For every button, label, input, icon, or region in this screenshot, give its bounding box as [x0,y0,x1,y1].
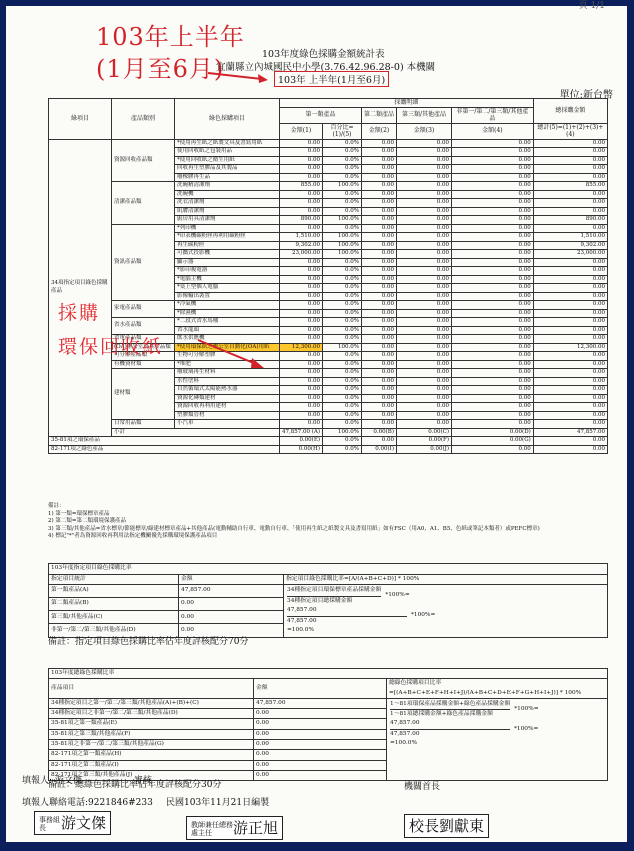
amount1-cell: 0.00 [280,190,323,199]
total-cell: 0.00 [533,394,607,403]
calc-denominator: 47,857.00 [390,730,510,739]
header-g1: 第一類產品 [280,107,362,123]
green-item-cell: 省水龍頭 [175,326,280,335]
amount2-cell: 0.00 [362,216,397,225]
procurement-table: 綠項目 產品類別 綠色採購項目 採購明細 總採購金額 第一類產品 第二類產品 第… [48,98,608,454]
note-item: 3) 第三類/其他產品=省水標章/節能標章/綠建材標章產品+其他產品(電動輔助自… [48,526,540,534]
amount4-cell: 0.00 [452,224,534,233]
stamp-principal: 校長劉獻東 [404,814,489,838]
amount3-cell: 0.00 [397,199,452,208]
stamp-title: 事務組長 [39,816,61,832]
percent-cell: 0.0% [323,352,362,361]
amount3-cell: 0.00 [397,224,452,233]
amount1-cell: 23,000.00 [280,250,323,259]
arrow-icon [196,336,266,370]
table3-row-label: 34種指定項目之第一/第二/第三類/其他產品(A)+(B)+(C) [49,698,254,708]
formula-multiplier: *100%= [385,591,409,601]
amount4-cell: 0.00 [452,216,534,225]
amount1-cell: 0.00 [280,148,323,157]
amount2-cell: 0.00 [362,199,397,208]
amount1-cell: 0.00 [280,360,323,369]
notes: 備註： 1) 第一類=環保標章產品 2) 第二類=第二類環境保護產品 3) 第三… [48,503,540,541]
designated-ratio-section: 103年度指定項目綠色採購比率 指定項目統計 金額 指定項目綠色採購比率=[A/… [48,563,608,647]
green-item-cell: 資源化磚類建材 [175,394,280,403]
amount1-cell: 0.00 [280,369,323,378]
table3-remark: 備註：總綠色採購比率佔年度評核配分30分 [48,781,608,790]
table-row: 建材類廢玻璃再生材料0.000.0%0.000.000.000.00 [49,369,608,378]
amount2-cell: 0.00 [362,165,397,174]
amount1-cell: 12,300.00 [280,343,323,352]
green-item-cell: 廢橡膠再生品 [175,173,280,182]
formula-denominator: 34種指定項目總採購金額 [287,597,381,607]
amount2-cell: 0.00 [362,411,397,420]
amount4-cell: 0.00 [452,139,534,148]
amount4-cell: 0.00 [452,386,534,395]
green-item-cell: *冷氣機 [175,301,280,310]
amount1-cell: 0.00 [280,352,323,361]
amount3-cell: 0.00 [397,233,452,242]
table3-row-label: 82-171項之第二類產品(I) [49,760,254,770]
total-cell: 0.00 [533,224,607,233]
percent-cell: 0.0% [323,326,362,335]
green-item-cell: 再生碳粉匣 [175,241,280,250]
amount2-cell: 0.00 [362,233,397,242]
percent-cell: 0.0% [323,190,362,199]
amount2-cell: 0.00 [362,250,397,259]
category-cell: 日常用品類 [112,420,175,429]
table3-row-value: 0.00 [254,770,387,780]
total-cell: 890.00 [533,216,607,225]
category-cell: 資源回收產品類 [112,139,175,182]
annotation-period-title: 103年上半年 [96,22,245,52]
amount2-cell: 0.00 [362,275,397,284]
table3-row-label: 35-81項之第一類產品(E) [49,719,254,729]
table3-row-value: 0.00 [254,709,387,719]
subtotal-amount4: 0.00(D) [452,428,534,437]
amount3-cell: 0.00 [397,207,452,216]
total-cell: 0.00 [533,258,607,267]
amount4-cell: 0.00 [452,420,534,429]
table3-title: 103年度總綠色採購比率 [49,669,608,679]
amount1-cell: 0.00 [280,199,323,208]
percent-cell: 0.0% [323,156,362,165]
percent-cell: 0.0% [323,258,362,267]
amount1-cell: 0.00 [280,318,323,327]
amount2-cell: 0.00 [362,182,397,191]
percent-cell: 0.0% [323,309,362,318]
calc-numerator: 47,857.00 [287,606,407,617]
amount4-cell: 0.00 [452,182,534,191]
amount1-cell: 0.00 [280,403,323,412]
stamp-director: 教師兼任總務處主任游正旭 [186,816,283,840]
amount3-cell: 0.00 [397,369,452,378]
amount3-cell: 0.00 [397,190,452,199]
category-cell: 有機資材類 [112,360,175,369]
amount2-cell: 0.00 [362,360,397,369]
amount4-cell: 0.00 [452,318,534,327]
amount3-cell: 0.00 [397,182,452,191]
note-item: 2) 第二類=第二類環境保護產品 [48,518,540,526]
annotation-purchase: 採購 [58,298,100,325]
header-total: 總採購金額 [533,99,607,124]
amount1-cell: 0.00(E) [280,437,323,446]
header-g3: 第三類/其他產品 [397,107,452,123]
amount2-cell: 0.00 [362,241,397,250]
total-cell: 0.00 [533,165,607,174]
percent-cell: 0.0% [323,335,362,344]
amount3-cell: 0.00 [397,292,452,301]
header-amt4: 金額(4) [452,123,534,139]
green-item-cell: 使用回收紙之包裝用品 [175,148,280,157]
amount4-cell: 0.00 [452,241,534,250]
amount2-cell: 0.00 [362,258,397,267]
amount2-cell: 0.00 [362,309,397,318]
amount2-cell: 0.00 [362,173,397,182]
amount1-cell: 1,510.00 [280,233,323,242]
subtotal-amount1: 47,857.00 (A) [280,428,323,437]
total-cell: 0.00 [533,403,607,412]
table2-formula-title: 指定項目綠色採購比率=[A/(A+B+C+D)] * 100% [284,574,608,585]
amount3-cell: 0.00 [397,309,452,318]
amount4-cell: 0.00(G) [452,437,534,446]
green-item-cell: 資源回收再利用建材 [175,403,280,412]
total-cell: 0.00 [533,411,607,420]
amount2-cell: 0.00 [362,335,397,344]
annotation-recycled-paper: 環保回收紙 [58,332,163,359]
total-cell: 0.00 [533,148,607,157]
amount4-cell: 0.00 [452,301,534,310]
table-row: 34種指定項目之第一/第二/第三類/其他產品(A)+(B)+(C)47,857.… [49,698,608,708]
total-cell: 855.00 [533,182,607,191]
amount2-cell: 0.00 [362,403,397,412]
amount1-cell: 0.00 [280,258,323,267]
table3-row-value: 0.00 [254,750,387,760]
percent-cell: 0.0% [323,165,362,174]
green-item-cell: *電腦主機 [175,275,280,284]
amount2-cell: 0.00 [362,292,397,301]
total-cell: 0.00 [533,318,607,327]
total-cell: 0.00 [533,437,607,446]
total-cell: 0.00 [533,173,607,182]
table2-row-value: 0.00 [179,611,284,624]
amount4-cell: 0.00 [452,250,534,259]
table2-row-label: 第三類/其他產品(C) [49,611,179,624]
amount3-cell: 0.00 [397,326,452,335]
amount1-cell: 0.00 [280,284,323,293]
percent-cell: 0.0% [323,139,362,148]
stamp-name: 游正旭 [233,819,278,837]
amount4-cell: 0.00 [452,199,534,208]
total-cell: 0.00 [533,445,607,454]
subtotal-amount3: 0.00(C) [397,428,452,437]
amount1-cell: 0.00 [280,156,323,165]
amount3-cell: 0.00 [397,284,452,293]
amount1-cell: 0.00 [280,275,323,284]
amount2-cell: 0.00 [362,284,397,293]
table3-row-label: 34種指定項目之非第一/第二/第三類/其他產品(D) [49,709,254,719]
amount1-cell: 0.00 [280,309,323,318]
document-page: 頁 1/1 103年上半年 (1月至6月) 103年度綠色採購金額統計表 宜蘭縣… [6,6,627,842]
stamp-name: 游文傑 [61,814,106,832]
amount3-cell: 0.00 [397,216,452,225]
amount4-cell: 0.00 [452,284,534,293]
amount2-cell: 0.00 [362,352,397,361]
amount4-cell: 0.00 [452,445,534,454]
table-row: 35-81項之環保產品 0.00(E) 0.0% 0.00 0.00(F) 0.… [49,437,608,446]
total-cell: 0.00 [533,360,607,369]
amount1-cell: 855.00 [280,182,323,191]
calc-multiplier: *100%= [514,725,538,734]
amount2-cell: 0.00 [362,437,397,446]
amount4-cell: 0.00 [452,292,534,301]
header-item: 綠項目 [49,99,112,140]
amount4-cell: 0.00 [452,207,534,216]
percent-cell: 0.0% [323,301,362,310]
formula-numerator: 34種指定項目環保標章產品採購金額 [287,586,381,597]
green-item-cell: *使用再生紙之紙製文具及書寫用紙 [175,139,280,148]
amount3-cell: 0.00 [397,343,452,352]
head-label: 機關首長 [404,779,440,792]
green-item-cell: 廚房用具清潔劑 [175,216,280,225]
amount4-cell: 0.00 [452,335,534,344]
amount3-cell: 0.00 [397,394,452,403]
amount3-cell: 0.00 [397,411,452,420]
table2-col1: 指定項目統計 [49,574,179,585]
amount1-cell: 0.00 [280,420,323,429]
percent-cell: 100.0% [323,233,362,242]
amount2-cell: 0.00 [362,207,397,216]
row-label: 82-171項之綠色產品 [49,445,280,454]
formula-title: 總綠色採購項目比率 [389,679,605,688]
table3-row-value: 47,857.00 [254,698,387,708]
group-label: 34項指定項目綠色採購產品 [49,139,112,437]
amount3-cell: 0.00 [397,165,452,174]
formula-expression: =[(A+B+C+E+F+H+I+J)/(A+B+C+D+E+F+G+H+I+J… [389,689,605,698]
table-row: 家電產品類*冷氣機0.000.0%0.000.000.000.00 [49,301,608,310]
amount1-cell: 0.00 [280,386,323,395]
amount1-cell: 0.00 [280,292,323,301]
green-item-cell: *使用回收紙之衛生用紙 [175,156,280,165]
table2-row-label: 第二類產品(B) [49,598,179,611]
amount3-cell: 0.00 [397,250,452,259]
total-cell: 0.00 [533,386,607,395]
amount2-cell: 0.00 [362,224,397,233]
total-cell: 0.00 [533,139,607,148]
amount3-cell: 0.00 [397,139,452,148]
amount4-cell: 0.00 [452,326,534,335]
green-item-cell: 小汽車 [175,420,280,429]
header-g2: 第二類產品 [362,107,397,123]
total-cell: 0.00 [533,190,607,199]
table2-remark: 備註：指定項目綠色採購比率佔年度評核配分70分 [48,638,608,648]
table2-row-value: 0.00 [179,598,284,611]
total-cell: 0.00 [533,284,607,293]
percent-cell: 100.0% [323,216,362,225]
calc-numerator: 47,857.00 [390,719,510,729]
header-amt1: 金額(1) [280,123,323,139]
total-cell: 9,302.00 [533,241,607,250]
green-item-cell: 水性塗料 [175,377,280,386]
amount1-cell: 0.00 [280,377,323,386]
subtotal-total: 47,857.00 [533,428,607,437]
total-cell: 0.00 [533,335,607,344]
subtotal-percent: 100.0% [323,428,362,437]
subtotal-row: 小計 47,857.00 (A) 100.0% 0.00(B) 0.00(C) … [49,428,608,437]
total-cell: 0.00 [533,309,607,318]
total-cell: 0.00 [533,301,607,310]
amount4-cell: 0.00 [452,377,534,386]
amount3-cell: 0.00 [397,241,452,250]
total-cell: 23,000.00 [533,250,607,259]
total-cell: 1,510.00 [533,233,607,242]
amount1-cell: 0.00 [280,411,323,420]
green-item-cell: 可攜式投影機 [175,250,280,259]
amount3-cell: 0.00 [397,173,452,182]
amount2-cell: 0.00 [362,326,397,335]
stamp-clerk: 事務組長游文傑 [34,811,111,835]
phone-label: 填報人聯絡電話:9221846#233 [22,795,153,808]
amount4-cell: 0.00 [452,173,534,182]
percent-cell: 0.0% [323,318,362,327]
header-amt3: 金額(3) [397,123,452,139]
table3-row-label: 35-81項之非第一/第二/第三類/其他產品(G) [49,740,254,750]
amount2-cell: 0.00 [362,267,397,276]
percent-cell: 0.0% [323,199,362,208]
subtotal-amount2: 0.00(B) [362,428,397,437]
table3-formula: 1～81項環保產品採購金額+綠色產品採購金額1～81項總採購金額+綠色產品採購金… [387,698,608,780]
header-amt5: 總計(5)=(1)+(2)+(3)+(4) [533,123,607,139]
amount1-cell: 0.00 [280,335,323,344]
amount1-cell: 0.00 [280,301,323,310]
amount4-cell: 0.00 [452,360,534,369]
table-row: 日常用品類小汽車0.000.0%0.000.000.000.00 [49,420,608,429]
amount3-cell: 0.00 [397,420,452,429]
amount3-cell: 0.00 [397,352,452,361]
green-item-cell: *除濕機 [175,309,280,318]
amount3-cell: 0.00 [397,386,452,395]
total-cell: 12,300.00 [533,343,607,352]
amount2-cell: 0.00 [362,343,397,352]
notes-title: 備註： [48,503,540,511]
green-item-cell: *二段式省水馬桶 [175,318,280,327]
designated-ratio-table: 103年度指定項目綠色採購比率 指定項目統計 金額 指定項目綠色採購比率=[A/… [48,563,608,638]
total-cell: 0.00 [533,352,607,361]
percent-cell: 100.0% [323,250,362,259]
amount1-cell: 0.00 [280,267,323,276]
percent-cell: 0.0% [323,369,362,378]
amount1-cell: 0.00 [280,326,323,335]
total-cell: 0.00 [533,156,607,165]
percent-cell: 0.0% [323,403,362,412]
header-pct: 百分比=(1)/(5) [323,123,362,139]
header-g4: 非第一/第二/第三類/其他產品 [452,107,534,123]
green-item-cell: 洗碗機 [175,190,280,199]
green-item-cell: *印表機碳粉匣再利用碳粉匣 [175,233,280,242]
percent-cell: 100.0% [323,343,362,352]
green-item-cell: 影像輸出裝置 [175,292,280,301]
category-cell: 家電產品類 [112,301,175,318]
percent-cell: 0.0% [323,284,362,293]
amount4-cell: 0.00 [452,156,534,165]
total-cell: 0.00 [533,267,607,276]
amount1-cell: 0.00 [280,224,323,233]
total-cell: 0.00 [533,207,607,216]
amount4-cell: 0.00 [452,190,534,199]
page-label: 頁 1/1 [579,0,605,11]
note-item: 4) 標記"*"者為資源回收再利用法指定機關優先採購環境保護產品項目 [48,533,540,541]
amount2-cell: 0.00 [362,377,397,386]
amount4-cell: 0.00 [452,352,534,361]
amount3-cell: 0.00 [397,267,452,276]
percent-cell: 0.0% [323,394,362,403]
amount1-cell: 0.00 [280,394,323,403]
calc-denominator: 47,857.00 [287,617,407,627]
formula-numerator: 1～81項環保產品採購金額+綠色產品採購金額 [390,700,510,710]
subtotal-label: 小計 [112,428,280,437]
table3-row-label: 35-81項之第三類/其他產品(F) [49,729,254,739]
table3-row-value: 0.00 [254,719,387,729]
amount1-cell: 0.00 [280,139,323,148]
amount2-cell: 0.00 [362,420,397,429]
ratio-result: =100.0% [287,626,604,636]
amount4-cell: 0.00 [452,343,534,352]
percent-cell: 100.0% [323,182,362,191]
amount2-cell: 0.00 [362,301,397,310]
green-item-cell: 自然循環式太陽能熱水器 [175,386,280,395]
amount4-cell: 0.00 [452,233,534,242]
formula-denominator: 1～81項總採購金額+綠色產品採購金額 [390,710,510,719]
green-item-cell: 肌膚清潔劑 [175,207,280,216]
amount1-cell: 0.00 [280,173,323,182]
ratio-result: =100.0% [390,739,604,748]
amount4-cell: 0.00 [452,411,534,420]
category-cell: 清潔產品類 [112,182,175,225]
green-item-cell: 塑膠類管材 [175,411,280,420]
amount1-cell: 9,302.00 [280,241,323,250]
table3-row-value: 0.00 [254,760,387,770]
amount3-cell: 0.00 [397,301,452,310]
amount2-cell: 0.00 [362,139,397,148]
amount4-cell: 0.00 [452,309,534,318]
percent-cell: 0.0% [323,445,362,454]
total-ratio-table: 103年度總綠色採購比率 產品項目 金額 總綠色採購項目比率=[(A+B+C+E… [48,668,608,781]
amount3-cell: 0.00 [397,403,452,412]
total-cell: 0.00 [533,275,607,284]
table-row: 清潔產品類洗碗精清潔劑855.00100.0%0.000.000.00855.0… [49,182,608,191]
green-item-cell: *桌上型個人電腦 [175,284,280,293]
amount3-cell: 0.00 [397,275,452,284]
amount2-cell: 0.00 [362,318,397,327]
green-item-cell: *列印機 [175,224,280,233]
amount3-cell: 0.00 [397,360,452,369]
amount2-cell: 0.00 [362,369,397,378]
note-item: 1) 第一類=環保標章產品 [48,511,540,519]
table-row: 82-171項之綠色產品 0.00(H) 0.0% 0.00(I) 0.00(J… [49,445,608,454]
date-label: 民國103年11月21日編製 [166,795,269,808]
stamp-title: 教師兼任總務處主任 [191,821,233,837]
total-ratio-section: 103年度總綠色採購比率 產品項目 金額 總綠色採購項目比率=[(A+B+C+E… [48,668,608,791]
table2-row-label: 非第一/第二/第三類/其他產品(D) [49,624,179,637]
amount2-cell: 0.00(I) [362,445,397,454]
amount2-cell: 0.00 [362,386,397,395]
amount4-cell: 0.00 [452,258,534,267]
percent-cell: 0.0% [323,173,362,182]
report-period: 103年 上半年(1月至6月) [274,71,389,87]
amount3-cell: 0.00 [397,258,452,267]
header-category: 產品類別 [112,99,175,140]
category-cell: 建材類 [112,369,175,420]
table3-formula-header: 總綠色採購項目比率=[(A+B+C+E+F+H+I+J)/(A+B+C+D+E+… [387,679,608,699]
